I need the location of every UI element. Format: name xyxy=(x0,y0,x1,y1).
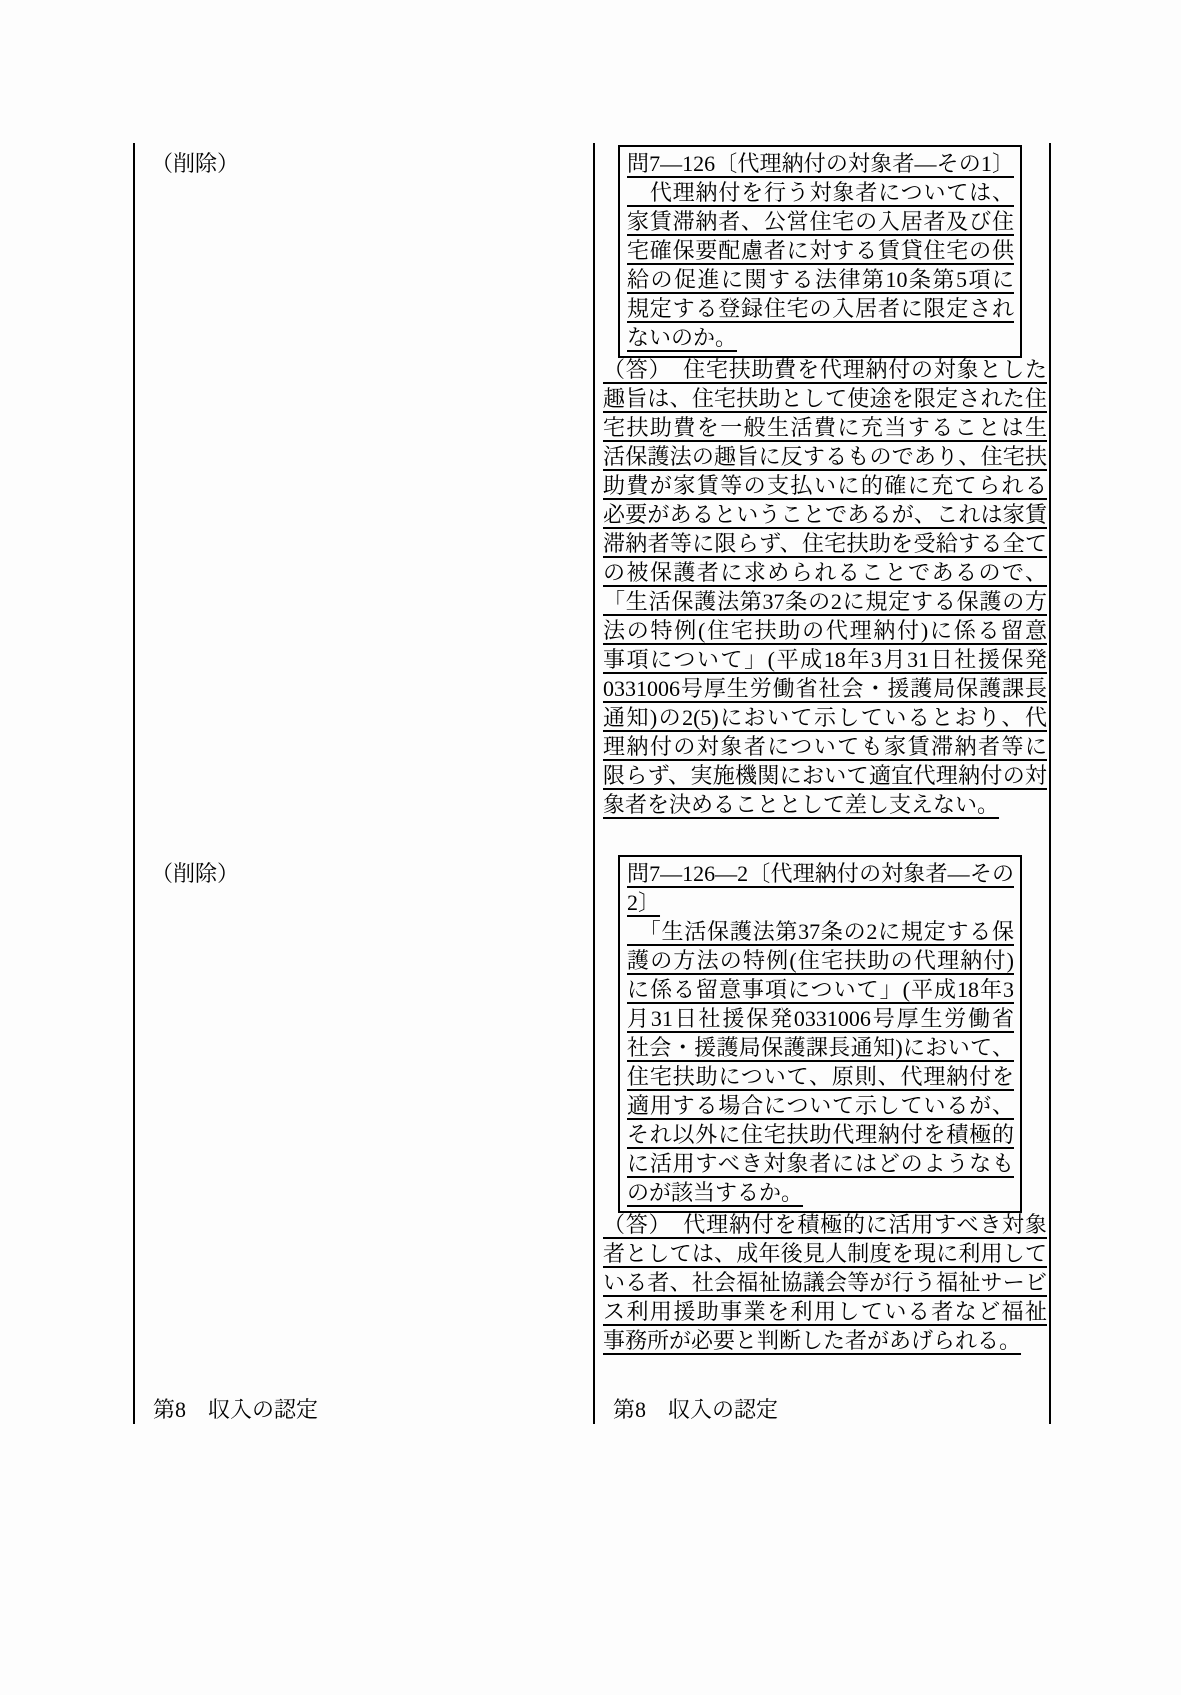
deleted-label-2: （削除） xyxy=(151,859,239,888)
text-line: ないのか。 xyxy=(627,323,1014,352)
text-line: に活用すべき対象者にはどのようなも xyxy=(627,1149,1014,1178)
answer-paragraph-1: （答） 住宅扶助費を代理納付の対象とした趣旨は、住宅扶助として使途を限定された住… xyxy=(603,355,1047,819)
comparison-table: （削除） （削除） 第8 収入の認定 問7―126〔代理納付の対象者―その1〕 … xyxy=(133,143,1051,1424)
text-line: の被保護者に求められることであるので、 xyxy=(603,558,1047,587)
text-line: 助費が家賃等の支払いに的確に充てられる xyxy=(603,471,1047,500)
text-line: 者としては、成年後見人制度を現に利用して xyxy=(603,1239,1047,1268)
text-line: 理納付の対象者についても家賃滞納者等に xyxy=(603,732,1047,761)
text-line: 法の特例(住宅扶助の代理納付)に係る留意 xyxy=(603,616,1047,645)
section-heading-old: 第8 収入の認定 xyxy=(153,1395,318,1424)
text-line: それ以外に住宅扶助代理納付を積極的 xyxy=(627,1120,1014,1149)
text-line: 問7―126〔代理納付の対象者―その1〕 xyxy=(627,149,1014,178)
text-line: 限らず、実施機関において適宜代理納付の対 xyxy=(603,761,1047,790)
text-line: （答） 代理納付を積極的に活用すべき対象 xyxy=(603,1210,1047,1239)
text-line: 代理納付を行う対象者については、 xyxy=(627,178,1014,207)
text-line: いる者、社会福祉協議会等が行う福祉サービ xyxy=(603,1268,1047,1297)
document-page: （削除） （削除） 第8 収入の認定 問7―126〔代理納付の対象者―その1〕 … xyxy=(0,0,1181,1695)
text-line: 問7―126―2〔代理納付の対象者―その xyxy=(627,859,1014,888)
text-line: 活保護法の趣旨に反するものであり、住宅扶 xyxy=(603,442,1047,471)
section-heading-new: 第8 収入の認定 xyxy=(613,1395,778,1424)
text-line: のが該当するか。 xyxy=(627,1178,1014,1207)
text-line: 2〕 xyxy=(627,888,1014,917)
question-box-1: 問7―126〔代理納付の対象者―その1〕 代理納付を行う対象者については、家賃滞… xyxy=(618,145,1022,358)
answer-paragraph-2: （答） 代理納付を積極的に活用すべき対象者としては、成年後見人制度を現に利用して… xyxy=(603,1210,1047,1355)
text-line: 0331006号厚生労働省社会・援護局保護課長 xyxy=(603,674,1047,703)
text-line: 「生活保護法第37条の2に規定する保 xyxy=(627,917,1014,946)
deleted-label-1: （削除） xyxy=(151,149,239,178)
text-line: 住宅扶助について、原則、代理納付を xyxy=(627,1062,1014,1091)
text-line: 給の促進に関する法律第10条第5項に xyxy=(627,265,1014,294)
text-line: 規定する登録住宅の入居者に限定され xyxy=(627,294,1014,323)
text-line: 宅扶助費を一般生活費に充当することは生 xyxy=(603,413,1047,442)
text-line: ス利用援助事業を利用している者など福祉 xyxy=(603,1297,1047,1326)
text-line: 家賃滞納者、公営住宅の入居者及び住 xyxy=(627,207,1014,236)
text-line: に係る留意事項について」(平成18年3 xyxy=(627,975,1014,1004)
text-line: 趣旨は、住宅扶助として使途を限定された住 xyxy=(603,384,1047,413)
text-line: 社会・援護局保護課長通知)において、 xyxy=(627,1033,1014,1062)
text-line: 事務所が必要と判断した者があげられる。 xyxy=(603,1326,1047,1355)
text-line: 宅確保要配慮者に対する賃貸住宅の供 xyxy=(627,236,1014,265)
text-line: 象者を決めることとして差し支えない。 xyxy=(603,790,1047,819)
text-line: 滞納者等に限らず、住宅扶助を受給する全て xyxy=(603,529,1047,558)
old-text-column: （削除） （削除） 第8 収入の認定 xyxy=(133,143,595,1424)
text-line: 護の方法の特例(住宅扶助の代理納付) xyxy=(627,946,1014,975)
text-line: （答） 住宅扶助費を代理納付の対象とした xyxy=(603,355,1047,384)
text-line: 「生活保護法第37条の2に規定する保護の方 xyxy=(603,587,1047,616)
question-box-2: 問7―126―2〔代理納付の対象者―その2〕 「生活保護法第37条の2に規定する… xyxy=(618,855,1022,1213)
text-line: 通知)の2(5)において示しているとおり、代 xyxy=(603,703,1047,732)
new-text-column: 問7―126〔代理納付の対象者―その1〕 代理納付を行う対象者については、家賃滞… xyxy=(595,143,1051,1424)
text-line: 月31日社援保発0331006号厚生労働省 xyxy=(627,1004,1014,1033)
text-line: 必要があるということであるが、これは家賃 xyxy=(603,500,1047,529)
text-line: 事項について」(平成18年3月31日社援保発 xyxy=(603,645,1047,674)
text-line: 適用する場合について示しているが、 xyxy=(627,1091,1014,1120)
